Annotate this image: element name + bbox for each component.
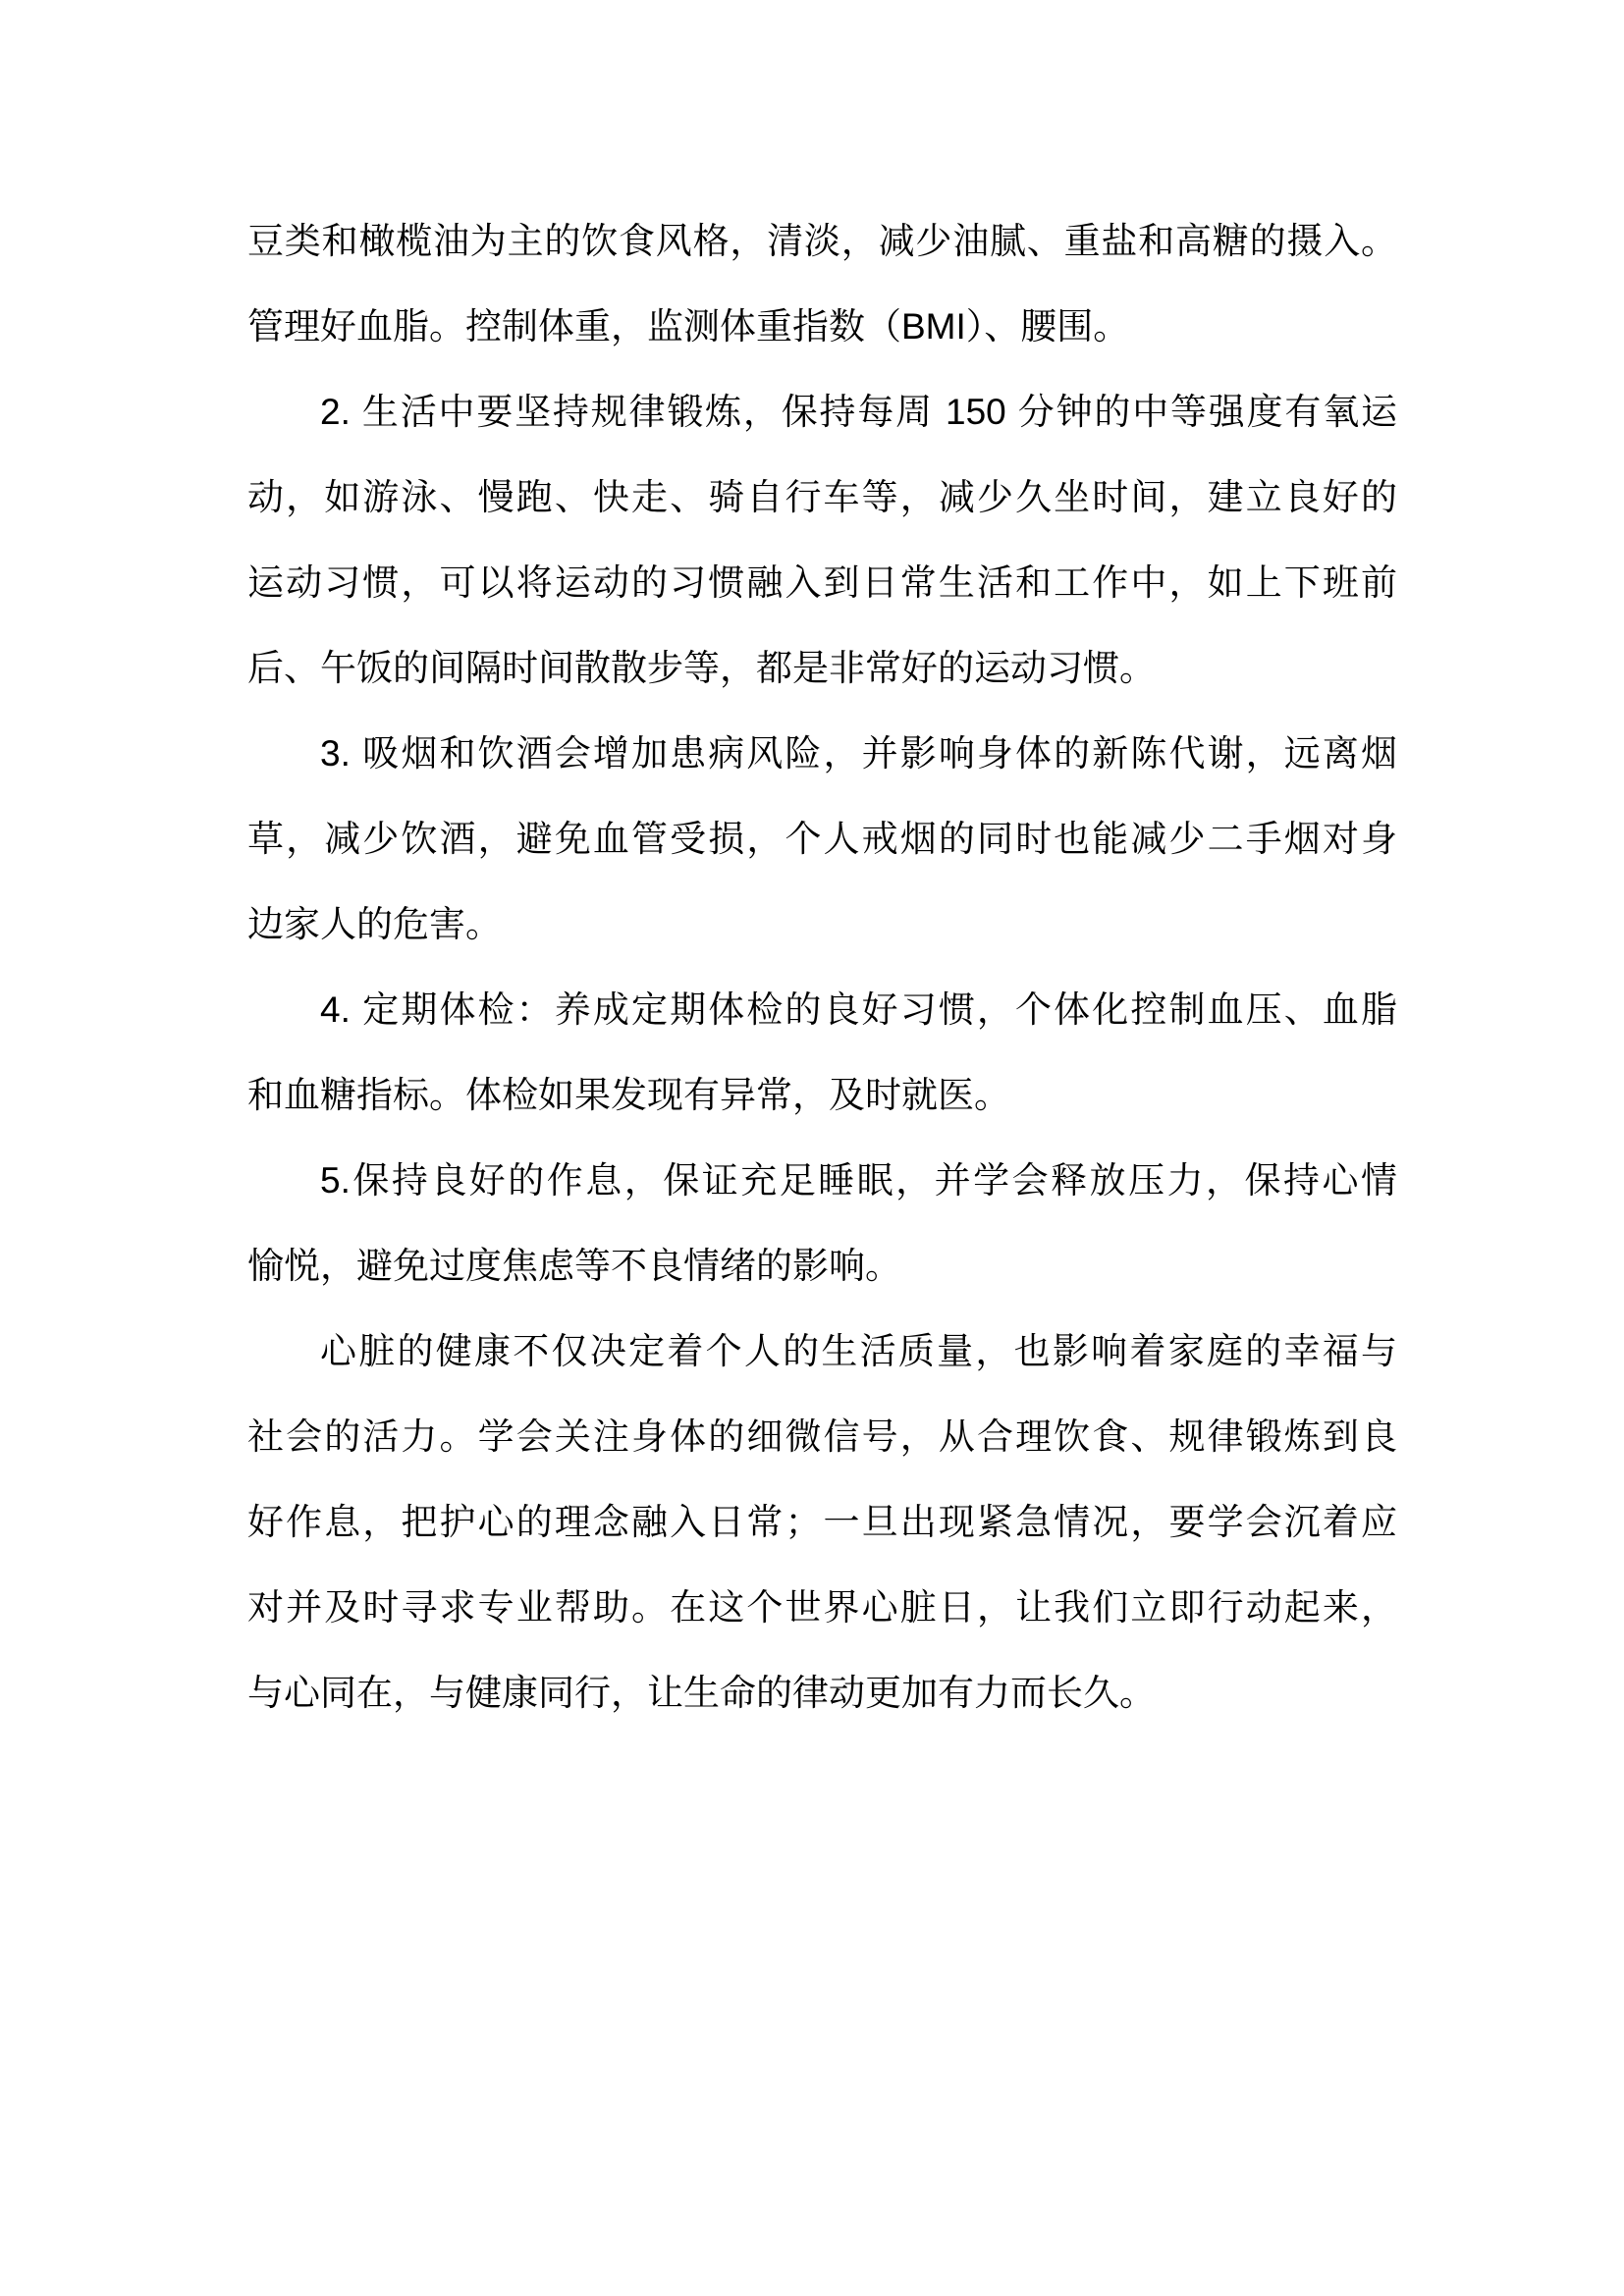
text-line: 草，减少饮酒，避免血管受损，个人戒烟的同时也能减少二手烟对身 (247, 796, 1397, 881)
text-line: 4. 定期体检：养成定期体检的良好习惯，个体化控制血压、血脂 (247, 967, 1397, 1052)
text-line: 愉悦，避免过度焦虑等不良情绪的影响。 (247, 1223, 1397, 1308)
paragraph: 豆类和橄榄油为主的饮食风格，清淡，减少油腻、重盐和高糖的摄入。 管理好血脂。控制… (247, 198, 1397, 369)
text-line: 5.保持良好的作息，保证充足睡眠，并学会释放压力，保持心情 (247, 1138, 1397, 1223)
paragraph: 3. 吸烟和饮酒会增加患病风险，并影响身体的新陈代谢，远离烟 草，减少饮酒，避免… (247, 711, 1397, 967)
text-line: 3. 吸烟和饮酒会增加患病风险，并影响身体的新陈代谢，远离烟 (247, 711, 1397, 796)
text-line: 对并及时寻求专业帮助。在这个世界心脏日，让我们立即行动起来， (247, 1565, 1397, 1650)
document-page: 豆类和橄榄油为主的饮食风格，清淡，减少油腻、重盐和高糖的摄入。 管理好血脂。控制… (0, 0, 1624, 2296)
text-line: 和血糖指标。体检如果发现有异常，及时就医。 (247, 1052, 1397, 1138)
paragraph: 2. 生活中要坚持规律锻炼，保持每周 150 分钟的中等强度有氧运 动，如游泳、… (247, 369, 1397, 711)
text-line: 好作息，把护心的理念融入日常；一旦出现紧急情况，要学会沉着应 (247, 1479, 1397, 1565)
text-line: 动，如游泳、慢跑、快走、骑自行车等，减少久坐时间，建立良好的 (247, 454, 1397, 540)
document-body: 豆类和橄榄油为主的饮食风格，清淡，减少油腻、重盐和高糖的摄入。 管理好血脂。控制… (247, 198, 1397, 1735)
text-line: 豆类和橄榄油为主的饮食风格，清淡，减少油腻、重盐和高糖的摄入。 (247, 198, 1397, 284)
paragraph: 5.保持良好的作息，保证充足睡眠，并学会释放压力，保持心情 愉悦，避免过度焦虑等… (247, 1138, 1397, 1308)
text-line: 心脏的健康不仅决定着个人的生活质量，也影响着家庭的幸福与 (247, 1308, 1397, 1394)
text-line: 边家人的危害。 (247, 881, 1397, 967)
text-line: 后、午饭的间隔时间散散步等，都是非常好的运动习惯。 (247, 625, 1397, 711)
text-line: 与心同在，与健康同行，让生命的律动更加有力而长久。 (247, 1650, 1397, 1735)
text-line: 2. 生活中要坚持规律锻炼，保持每周 150 分钟的中等强度有氧运 (247, 369, 1397, 454)
paragraph: 4. 定期体检：养成定期体检的良好习惯，个体化控制血压、血脂 和血糖指标。体检如… (247, 967, 1397, 1138)
paragraph: 心脏的健康不仅决定着个人的生活质量，也影响着家庭的幸福与 社会的活力。学会关注身… (247, 1308, 1397, 1735)
text-line: 社会的活力。学会关注身体的细微信号，从合理饮食、规律锻炼到良 (247, 1394, 1397, 1479)
text-line: 管理好血脂。控制体重，监测体重指数（BMI）、腰围。 (247, 284, 1397, 369)
text-line: 运动习惯，可以将运动的习惯融入到日常生活和工作中，如上下班前 (247, 540, 1397, 625)
